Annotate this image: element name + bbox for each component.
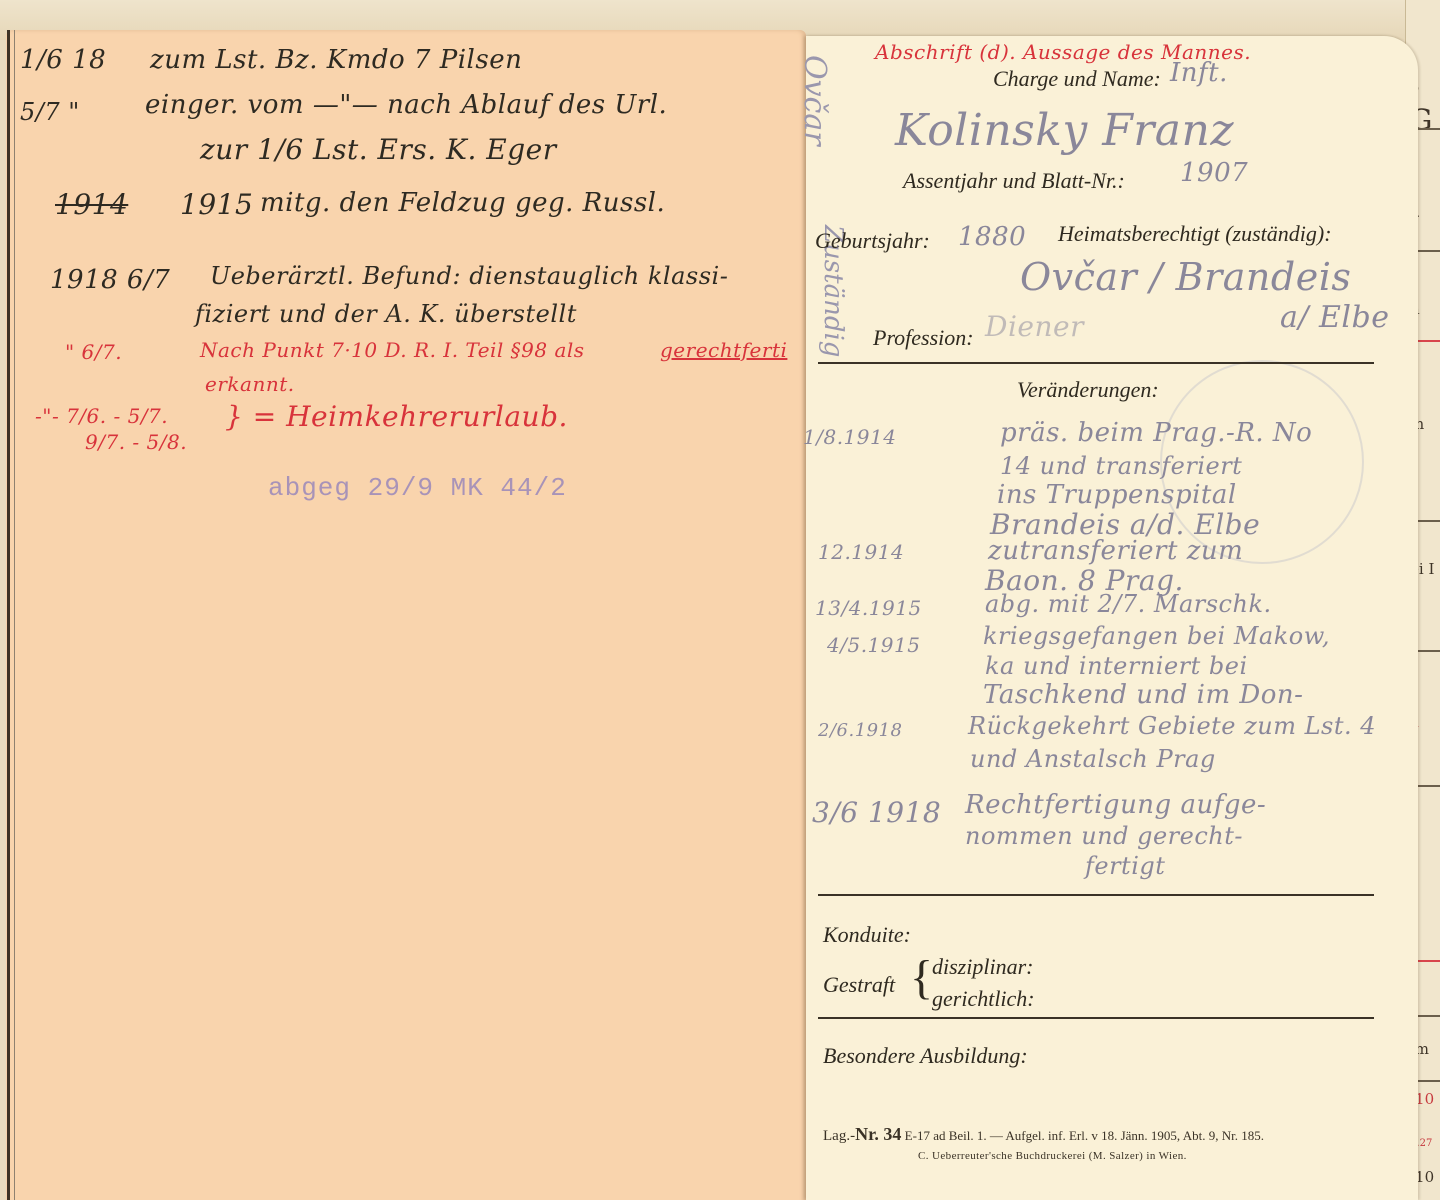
charge-label: Charge und Name: bbox=[993, 66, 1161, 92]
change-date: 4/5.1915 bbox=[827, 633, 920, 657]
change-text: zutransferiert zum bbox=[988, 536, 1243, 566]
red-entry-date: " 6/7. bbox=[65, 340, 122, 364]
entry-date: 1918 6/7 bbox=[50, 265, 170, 295]
change-text: und Anstalsch Prag bbox=[970, 745, 1216, 773]
assentjahr-value: 1907 bbox=[1180, 158, 1248, 188]
change-text: abg. mit 2/7. Marschk. bbox=[985, 590, 1272, 618]
profession-value: Diener bbox=[985, 310, 1084, 343]
divider bbox=[818, 1017, 1374, 1019]
entry-text: mitg. den Feldzug geg. Russl. bbox=[260, 188, 665, 218]
change-text: Rechtfertigung aufge- bbox=[965, 790, 1266, 820]
red-entry-date: 9/7. - 5/8. bbox=[85, 430, 187, 454]
left-margin-rule bbox=[7, 30, 10, 1200]
ausbildung-label: Besondere Ausbildung: bbox=[823, 1043, 1028, 1069]
disziplinar-label: disziplinar: bbox=[932, 954, 1033, 980]
footer-text: E-17 ad Beil. 1. — Aufgel. inf. Erl. v 1… bbox=[901, 1128, 1264, 1143]
heimat-value: Ovčar / Brandeis bbox=[1020, 255, 1351, 299]
change-date: 2/6.1918 bbox=[818, 720, 903, 741]
changes-label: Veränderungen: bbox=[1017, 377, 1159, 403]
footer-text: Lag.- bbox=[823, 1128, 855, 1144]
entry-date: 1/6 18 bbox=[20, 45, 106, 75]
change-date: 3/6 1918 bbox=[812, 796, 941, 829]
change-text: Taschkend und im Don- bbox=[983, 680, 1303, 710]
red-entry-underlined: gerechtferti bbox=[660, 338, 787, 362]
entry-text: zur 1/6 Lst. Ers. K. Eger bbox=[200, 133, 557, 166]
change-text: präs. beim Prag.-R. No bbox=[1000, 418, 1312, 448]
assentjahr-label: Assentjahr und Blatt-Nr.: bbox=[903, 168, 1125, 194]
change-text: fertigt bbox=[1085, 852, 1165, 880]
change-text: kriegsgefangen bei Makow, bbox=[983, 622, 1330, 650]
red-entry-text: } = Heimkehrerurlaub. bbox=[225, 400, 568, 433]
entry-date-struck: 1914 bbox=[55, 188, 128, 221]
entry-text: Ueberärztl. Befund: dienstauglich klassi… bbox=[210, 262, 728, 290]
entry-text: einger. vom —"— nach Ablauf des Url. bbox=[145, 90, 667, 120]
entry-date: 5/7 " bbox=[20, 98, 80, 126]
entry-date: 1915 bbox=[180, 188, 253, 221]
change-text: Rückgekehrt Gebiete zum Lst. 4 bbox=[968, 712, 1376, 740]
heimat-label: Heimatsberechtigt (zuständig): bbox=[1058, 221, 1332, 247]
konduite-label: Konduite: bbox=[823, 922, 911, 948]
change-date: 13/4.1915 bbox=[815, 596, 922, 620]
divider bbox=[818, 894, 1374, 896]
change-date: 1/8.1914 bbox=[803, 425, 896, 449]
profession-label: Profession: bbox=[873, 325, 974, 351]
gerichtlich-label: gerichtlich: bbox=[932, 986, 1035, 1012]
charge-value: Inft. bbox=[1170, 58, 1228, 88]
change-date: 12.1914 bbox=[818, 540, 904, 564]
change-text: 14 und transferiert bbox=[1000, 452, 1242, 480]
divider bbox=[818, 362, 1374, 364]
footer-form-number: Nr. 34 bbox=[855, 1124, 901, 1144]
form-footer-line1: Lag.-Nr. 34 E-17 ad Beil. 1. — Aufgel. i… bbox=[823, 1124, 1264, 1145]
red-entry-date: -"- 7/6. - 5/7. bbox=[35, 404, 168, 428]
geburtsjahr-label: Geburtsjahr: bbox=[815, 228, 930, 254]
brace: { bbox=[910, 950, 933, 1005]
change-text: ka und interniert bei bbox=[985, 652, 1248, 680]
change-text: ins Truppenspital bbox=[997, 480, 1237, 510]
registration-stamp: abgeg 29/9 MK 44/2 bbox=[268, 473, 567, 503]
name-value: Kolinsky Franz bbox=[895, 105, 1234, 156]
form-footer-printer: C. Ueberreuter'sche Buchdruckerei (M. Sa… bbox=[918, 1150, 1187, 1162]
side-note: Ovčar bbox=[797, 55, 832, 146]
red-entry-text: erkannt. bbox=[205, 372, 295, 396]
left-margin-rule bbox=[14, 30, 15, 1200]
entry-text: zum Lst. Bz. Kmdo 7 Pilsen bbox=[150, 45, 522, 75]
heimat-value: a/ Elbe bbox=[1280, 300, 1389, 335]
geburtsjahr-value: 1880 bbox=[958, 222, 1026, 252]
red-entry-text: Nach Punkt 7·10 D. R. I. Teil §98 als bbox=[200, 338, 585, 362]
gestraft-label: Gestraft bbox=[823, 972, 895, 998]
entry-text: fiziert und der A. K. überstellt bbox=[195, 300, 577, 328]
change-text: nommen und gerecht- bbox=[965, 822, 1243, 850]
